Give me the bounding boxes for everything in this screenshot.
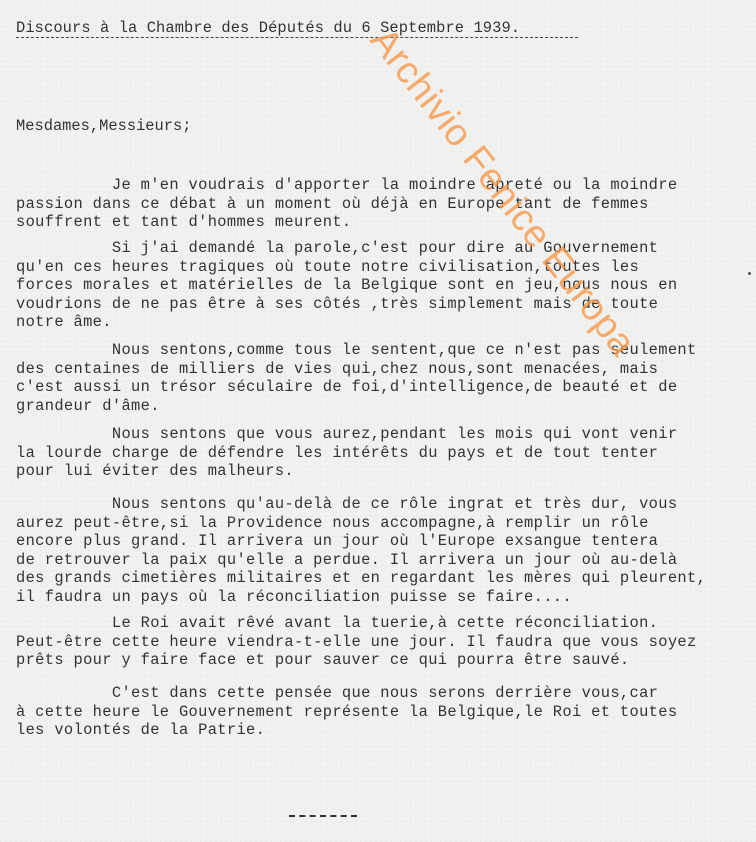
text-line: pour lui éviter des malheurs. <box>16 462 677 481</box>
salutation: Mesdames,Messieurs; <box>16 117 191 135</box>
text-line: aurez peut-être,si la Providence nous ac… <box>16 514 706 533</box>
text-line: voudrions de ne pas être à ses côtés ,tr… <box>16 295 677 314</box>
paragraph-6: Le Roi avait rêvé avant la tuerie,à cett… <box>16 614 697 670</box>
text-line: Si j'ai demandé la parole,c'est pour dir… <box>16 239 677 258</box>
document-page: Discours à la Chambre des Députés du 6 S… <box>0 0 756 842</box>
text-line: des centaines de milliers de vies qui,ch… <box>16 360 697 379</box>
text-line: Nous sentons que vous aurez,pendant les … <box>16 425 677 444</box>
ink-speck <box>748 272 751 275</box>
text-line: de retrouver la paix qu'elle a perdue. I… <box>16 551 706 570</box>
text-line: passion dans ce débat à un moment où déj… <box>16 195 677 214</box>
text-line: la lourde charge de défendre les intérêt… <box>16 444 677 463</box>
closing-rule <box>289 815 357 817</box>
text-line: Je m'en voudrais d'apporter la moindre a… <box>16 176 677 195</box>
paragraph-2: Si j'ai demandé la parole,c'est pour dir… <box>16 239 677 332</box>
text-line: grandeur d'âme. <box>16 397 697 416</box>
paragraph-4: Nous sentons que vous aurez,pendant les … <box>16 425 677 481</box>
text-line: qu'en ces heures tragiques où toute notr… <box>16 258 677 277</box>
text-line: Nous sentons qu'au-delà de ce rôle ingra… <box>16 495 706 514</box>
document-title: Discours à la Chambre des Députés du 6 S… <box>16 19 520 37</box>
title-underline <box>16 37 578 38</box>
paragraph-1: Je m'en voudrais d'apporter la moindre a… <box>16 176 677 232</box>
text-line: il faudra un pays où la réconciliation p… <box>16 588 706 607</box>
paragraph-5: Nous sentons qu'au-delà de ce rôle ingra… <box>16 495 706 607</box>
text-line: des grands cimetières militaires et en r… <box>16 569 706 588</box>
paragraph-3: Nous sentons,comme tous le sentent,que c… <box>16 341 697 415</box>
text-line: Nous sentons,comme tous le sentent,que c… <box>16 341 697 360</box>
text-line: souffrent et tant d'hommes meurent. <box>16 213 677 232</box>
text-line: Le Roi avait rêvé avant la tuerie,à cett… <box>16 614 697 633</box>
paragraph-7: C'est dans cette pensée que nous serons … <box>16 684 677 740</box>
text-line: encore plus grand. Il arrivera un jour o… <box>16 532 706 551</box>
text-line: à cette heure le Gouvernement représente… <box>16 703 677 722</box>
text-line: forces morales et matérielles de la Belg… <box>16 276 677 295</box>
text-line: les volontés de la Patrie. <box>16 721 677 740</box>
text-line: C'est dans cette pensée que nous serons … <box>16 684 677 703</box>
text-line: notre âme. <box>16 313 677 332</box>
text-line: prêts pour y faire face et pour sauver c… <box>16 651 697 670</box>
text-line: Peut-être cette heure viendra-t-elle une… <box>16 633 697 652</box>
text-line: c'est aussi un trésor séculaire de foi,d… <box>16 378 697 397</box>
